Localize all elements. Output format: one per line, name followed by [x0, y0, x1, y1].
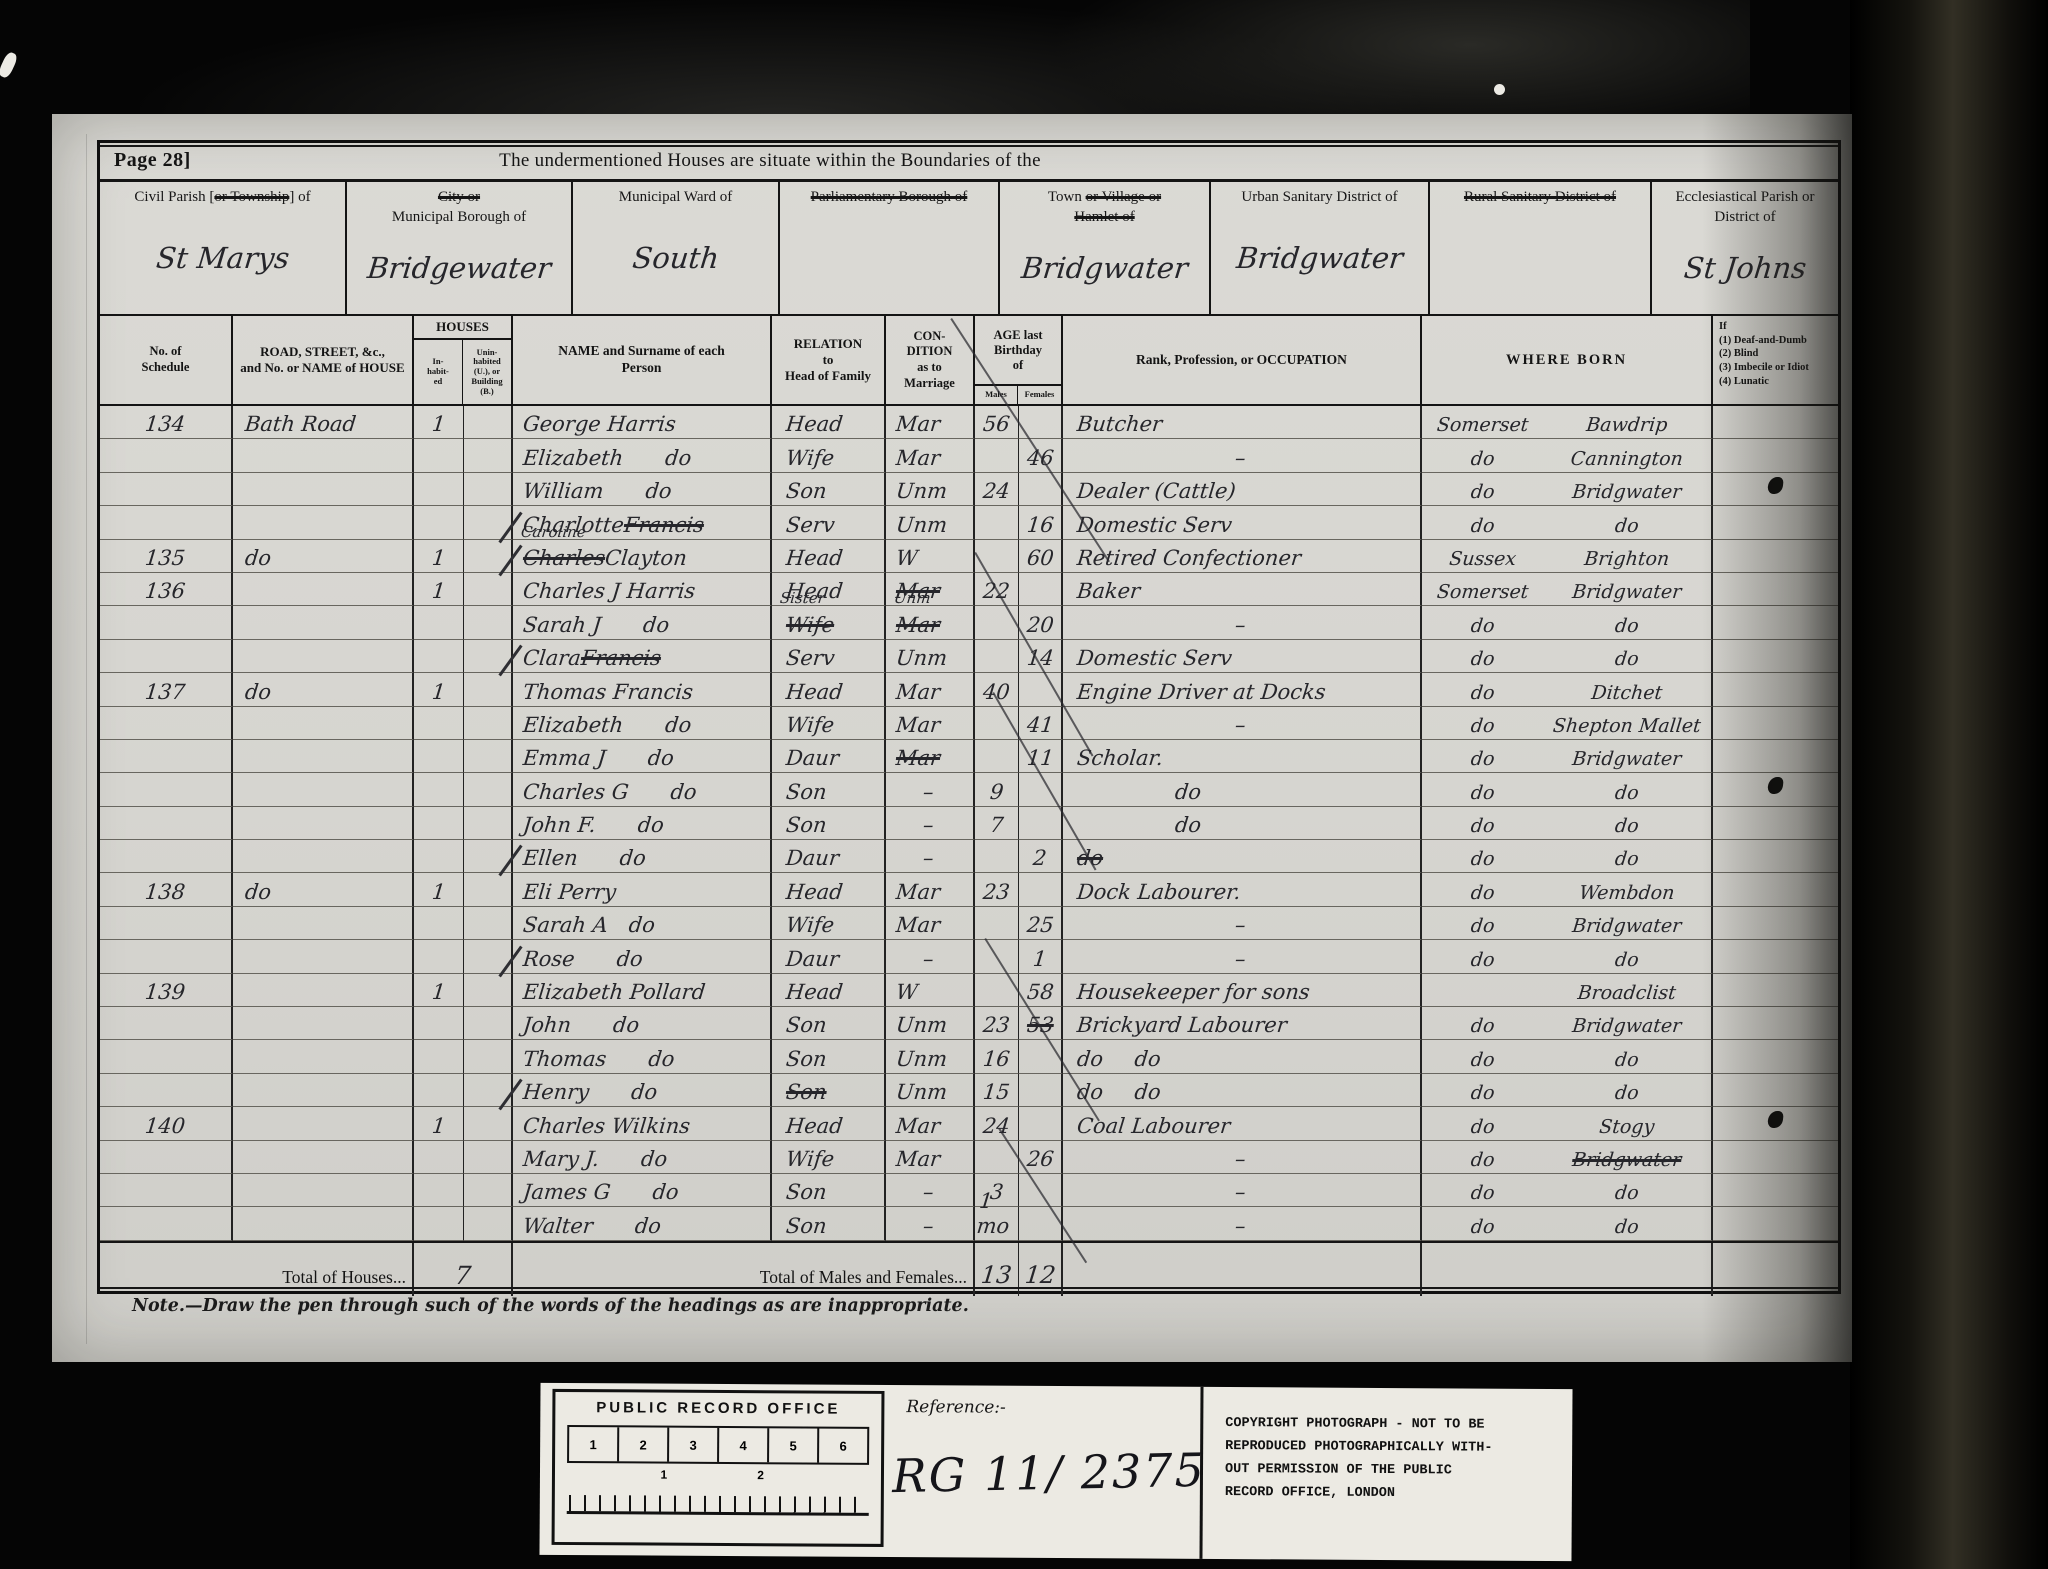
pro-stamp: PUBLIC RECORD OFFICE 123456 12	[552, 1389, 885, 1547]
cell-sched: 138	[100, 873, 233, 906]
cell-cond: Unm	[886, 1040, 975, 1073]
cell-inh: 1	[414, 406, 464, 439]
cell-road	[233, 840, 414, 873]
cell-infm	[1713, 807, 1838, 840]
ruler-scale-ticks: 12	[567, 1463, 869, 1516]
ruler-number: 2	[619, 1427, 669, 1461]
cell-born: doStogy	[1422, 1107, 1713, 1140]
cell-am	[975, 907, 1019, 940]
cell-uninh	[464, 473, 513, 506]
cell-occ: Dock Labourer.	[1063, 873, 1422, 906]
district-value	[1424, 208, 1655, 315]
ruler-number: 5	[769, 1428, 819, 1462]
ink-blob	[1767, 777, 1784, 794]
cell-am	[975, 1141, 1019, 1174]
cell-uninh	[464, 606, 513, 639]
cell-born: dodo	[1422, 1074, 1713, 1107]
cell-occ: Dealer (Cattle)	[1063, 473, 1422, 506]
cell-inh	[414, 640, 464, 673]
cell-born: dodo	[1422, 773, 1713, 806]
cell-born: doShepton Mallet	[1422, 707, 1713, 740]
totals-row: Total of Houses... 7 Total of Males and …	[100, 1241, 1838, 1296]
cell-infm	[1713, 707, 1838, 740]
cell-sched: 137	[100, 673, 233, 706]
cell-road: do	[233, 540, 414, 573]
cell-name: Emma J do	[513, 740, 772, 773]
cell-cond: Mar	[886, 740, 975, 773]
cell-cond: Unm	[886, 473, 975, 506]
total-females-value: 12	[1019, 1243, 1063, 1296]
cell-uninh	[464, 907, 513, 940]
cell-inh	[414, 940, 464, 973]
person-row: Emma J doDaurMar11Scholar.doBridgwater	[100, 740, 1838, 773]
cell-infm	[1713, 640, 1838, 673]
cell-cond: –	[886, 1174, 975, 1207]
cell-uninh	[464, 740, 513, 773]
cell-occ: do do	[1063, 1074, 1422, 1107]
person-row: 135do1CarolineCharles ClaytonHeadW60Reti…	[100, 540, 1838, 573]
cell-uninh	[464, 773, 513, 806]
cell-occ: Scholar.	[1063, 740, 1422, 773]
district-label: Rural Sanitary District of	[1430, 182, 1650, 208]
cell-road	[233, 740, 414, 773]
cell-road	[233, 707, 414, 740]
cell-rel: Wife	[772, 1141, 886, 1174]
person-row: Sarah A doWifeMar25–doBridgwater	[100, 907, 1838, 940]
cell-name: Charles Wilkins	[513, 1107, 772, 1140]
cell-af	[1019, 1074, 1063, 1107]
cell-occ: Domestic Serv	[1063, 506, 1422, 539]
cell-name: Sarah J do	[513, 606, 772, 639]
cell-inh: 1	[414, 573, 464, 606]
cell-name: Charles J Harris	[513, 573, 772, 606]
cell-inh: 1	[414, 540, 464, 573]
district-label: Parliamentary Borough of	[780, 182, 998, 208]
cell-cond: Unm	[886, 1007, 975, 1040]
cell-infm	[1713, 473, 1838, 506]
cell-af: 1	[1019, 940, 1063, 973]
cell-occ: –	[1063, 707, 1422, 740]
total-males-females-label: Total of Males and Females...	[513, 1243, 975, 1296]
cell-rel: Daur	[772, 740, 886, 773]
cell-cond: Mar	[886, 1107, 975, 1140]
cell-uninh	[464, 807, 513, 840]
cell-infm	[1713, 940, 1838, 973]
cell-infm	[1713, 573, 1838, 606]
cell-road: Bath Road	[233, 406, 414, 439]
cell-cond: Unm	[886, 1074, 975, 1107]
district-label: Ecclesiastical Parish or District of	[1652, 182, 1838, 227]
cell-road	[233, 439, 414, 472]
total-males-value: 13	[975, 1243, 1019, 1296]
cell-inh	[414, 473, 464, 506]
cell-born: doBridgwater	[1422, 740, 1713, 773]
col-header-females: Females	[1018, 386, 1061, 404]
totals-empty-cell	[1063, 1243, 1422, 1296]
totals-empty-cell	[1713, 1243, 1838, 1296]
cell-af	[1019, 573, 1063, 606]
cell-occ: –	[1063, 940, 1422, 973]
title-row: Page 28] The undermentioned Houses are s…	[100, 143, 1838, 182]
district-label: Town or Village orHamlet of	[1000, 182, 1209, 227]
cell-infm	[1713, 974, 1838, 1007]
person-row: John F. doSon–7dododo	[100, 807, 1838, 840]
cell-sched	[100, 1141, 233, 1174]
cell-af: 41	[1019, 707, 1063, 740]
col-header-infirmity: If (1) Deaf-and-Dumb (2) Blind (3) Imbec…	[1713, 316, 1838, 404]
person-row: Rose doDaur–1–dodo	[100, 940, 1838, 973]
cell-inh	[414, 1207, 464, 1240]
census-form: Page 28] The undermentioned Houses are s…	[97, 140, 1841, 1294]
cell-occ: –	[1063, 907, 1422, 940]
cell-infm	[1713, 673, 1838, 706]
cell-cond: Mar	[886, 439, 975, 472]
district-box-parliamentary-borough: Parliamentary Borough of	[780, 182, 1000, 314]
ruler-scale-inches: 123456	[567, 1425, 869, 1465]
cell-cond: –	[886, 840, 975, 873]
cell-infm	[1713, 740, 1838, 773]
cell-inh: 1	[414, 873, 464, 906]
cell-rel: Son	[772, 1207, 886, 1240]
dust-speck	[1494, 84, 1505, 95]
cell-road	[233, 807, 414, 840]
cell-road	[233, 1141, 414, 1174]
person-row: Elizabeth doWifeMar41–doShepton Mallet	[100, 707, 1838, 740]
cell-am: 1 mo	[975, 1207, 1019, 1240]
cell-am	[975, 506, 1019, 539]
cell-name: Charles G do	[513, 773, 772, 806]
person-row: Elizabeth doWifeMar46–doCannington	[100, 439, 1838, 472]
cell-inh	[414, 606, 464, 639]
person-row: William doSonUnm24Dealer (Cattle)doBridg…	[100, 473, 1838, 506]
cell-af	[1019, 1040, 1063, 1073]
cell-road	[233, 940, 414, 973]
cell-af	[1019, 873, 1063, 906]
cell-rel: Head	[772, 406, 886, 439]
table-rows: 134Bath Road1George HarrisHeadMar56Butch…	[100, 406, 1838, 1241]
cell-rel: Head	[772, 540, 886, 573]
cell-sched: 134	[100, 406, 233, 439]
cell-rel: Son	[772, 807, 886, 840]
cell-sched	[100, 1207, 233, 1240]
cell-cond: UnmMar	[886, 606, 975, 639]
cell-sched	[100, 740, 233, 773]
cell-af	[1019, 1107, 1063, 1140]
cell-born: doWembdon	[1422, 873, 1713, 906]
cell-infm	[1713, 840, 1838, 873]
col-header-condition: CON- DITION as to Marriage	[886, 316, 975, 404]
cell-sched: 136	[100, 573, 233, 606]
cell-road	[233, 974, 414, 1007]
cell-name: Thomas Francis	[513, 673, 772, 706]
cell-name: Mary J. do	[513, 1141, 772, 1174]
cell-uninh	[464, 1107, 513, 1140]
cell-born: doBridgwater	[1422, 1141, 1713, 1174]
cell-occ: do	[1063, 773, 1422, 806]
cell-name: Elizabeth do	[513, 439, 772, 472]
cell-infm	[1713, 1107, 1838, 1140]
district-label: Civil Parish [or Township] of	[100, 182, 345, 208]
district-value: South	[567, 208, 783, 315]
person-row: Clara FrancisServUnm14Domestic Servdodo	[100, 640, 1838, 673]
cell-born: dodo	[1422, 606, 1713, 639]
cell-occ: Coal Labourer	[1063, 1107, 1422, 1140]
cell-infm	[1713, 773, 1838, 806]
cell-name: James G do	[513, 1174, 772, 1207]
cell-sched	[100, 1074, 233, 1107]
col-header-where-born: WHERE BORN	[1422, 316, 1713, 404]
cell-am: 9	[975, 773, 1019, 806]
photo-edge-band	[1850, 0, 2048, 1569]
cell-born: doDitchet	[1422, 673, 1713, 706]
ruler-number: 1	[661, 1468, 668, 1482]
cell-am	[975, 740, 1019, 773]
cell-inh	[414, 740, 464, 773]
cell-name: Sarah A do	[513, 907, 772, 940]
cell-rel: Daur	[772, 840, 886, 873]
cell-infm	[1713, 439, 1838, 472]
cell-sched	[100, 907, 233, 940]
cell-born: Broadclist	[1422, 974, 1713, 1007]
cell-born: doBridgwater	[1422, 1007, 1713, 1040]
col-header-road: ROAD, STREET, &c., and No. or NAME of HO…	[233, 316, 414, 404]
cell-sched	[100, 1007, 233, 1040]
cell-inh	[414, 840, 464, 873]
cell-born: doBridgwater	[1422, 473, 1713, 506]
cell-born: dodo	[1422, 1040, 1713, 1073]
cell-sched	[100, 506, 233, 539]
cell-occ: do	[1063, 840, 1422, 873]
cell-am	[975, 540, 1019, 573]
cell-uninh	[464, 573, 513, 606]
cell-road	[233, 473, 414, 506]
cell-sched	[100, 940, 233, 973]
cell-road	[233, 506, 414, 539]
person-row: Mary J. doWifeMar26–doBridgwater	[100, 1141, 1838, 1174]
cell-road	[233, 573, 414, 606]
census-page: Page 28] The undermentioned Houses are s…	[52, 114, 1852, 1362]
person-row: Thomas doSonUnm16do dododo	[100, 1040, 1838, 1073]
cell-am: 24	[975, 1107, 1019, 1140]
cell-sched: 139	[100, 974, 233, 1007]
ruler-number: 4	[719, 1428, 769, 1462]
pro-title: PUBLIC RECORD OFFICE	[555, 1399, 881, 1418]
cell-inh	[414, 1074, 464, 1107]
cell-occ: –	[1063, 439, 1422, 472]
cell-occ: Butcher	[1063, 406, 1422, 439]
cell-born: dodo	[1422, 940, 1713, 973]
cell-name: William do	[513, 473, 772, 506]
cell-occ: Engine Driver at Docks	[1063, 673, 1422, 706]
cell-rel: Head	[772, 873, 886, 906]
cell-af	[1019, 1207, 1063, 1240]
cell-uninh	[464, 707, 513, 740]
cell-road	[233, 907, 414, 940]
district-box-ecclesiastical-parish: Ecclesiastical Parish or District ofSt J…	[1652, 182, 1838, 314]
district-box-rural-sanitary-district: Rural Sanitary District of	[1430, 182, 1652, 314]
cell-occ: do	[1063, 807, 1422, 840]
cell-sched	[100, 606, 233, 639]
cell-occ: do do	[1063, 1040, 1422, 1073]
cell-rel: Head	[772, 974, 886, 1007]
col-header-inhabited: In- habit- ed	[414, 340, 463, 404]
cell-af: 53	[1019, 1007, 1063, 1040]
cell-rel: Wife	[772, 707, 886, 740]
col-header-name: NAME and Surname of each Person	[513, 316, 772, 404]
cell-af: 25	[1019, 907, 1063, 940]
cell-cond: Unm	[886, 640, 975, 673]
cell-am: 15	[975, 1074, 1019, 1107]
cell-rel: Son	[772, 473, 886, 506]
cell-inh	[414, 707, 464, 740]
person-row: Ellen doDaur–2dododo	[100, 840, 1838, 873]
cell-sched	[100, 773, 233, 806]
cell-cond: –	[886, 1207, 975, 1240]
totals-empty-cell	[1422, 1243, 1713, 1296]
cell-cond: Unm	[886, 506, 975, 539]
col-header-relation: RELATION to Head of Family	[772, 316, 886, 404]
cell-sched	[100, 807, 233, 840]
cell-cond: –	[886, 807, 975, 840]
cell-uninh	[464, 439, 513, 472]
cell-infm	[1713, 606, 1838, 639]
cell-name: George Harris	[513, 406, 772, 439]
cell-cond: Mar	[886, 406, 975, 439]
district-label: Municipal Ward of	[573, 182, 778, 208]
paper-fold-line	[86, 134, 87, 1344]
cell-road	[233, 1207, 414, 1240]
col-header-age-group: AGE last Birthday of Males Females	[975, 316, 1063, 404]
cell-born: SomersetBawdrip	[1422, 406, 1713, 439]
cell-born: SussexBrighton	[1422, 540, 1713, 573]
cell-born: dodo	[1422, 1207, 1713, 1240]
cell-infm	[1713, 1174, 1838, 1207]
cell-uninh	[464, 673, 513, 706]
cell-uninh	[464, 1174, 513, 1207]
cell-inh: 1	[414, 673, 464, 706]
ruler-number: 2	[757, 1468, 764, 1482]
district-value: St Marys	[94, 208, 350, 315]
cell-rel: SisterWife	[772, 606, 886, 639]
cell-road	[233, 1107, 414, 1140]
cell-uninh	[464, 974, 513, 1007]
district-value: Bridgwater	[1205, 208, 1433, 315]
reference-label: Reference:-	[906, 1397, 1006, 1418]
cell-born: dodo	[1422, 506, 1713, 539]
cell-cond: Mar	[886, 873, 975, 906]
cell-inh	[414, 506, 464, 539]
cell-am: 23	[975, 873, 1019, 906]
copyright-stamp: COPYRIGHT PHOTOGRAPH - NOT TO BE REPRODU…	[1199, 1387, 1572, 1561]
cell-sched: 140	[100, 1107, 233, 1140]
cell-road	[233, 1007, 414, 1040]
cell-infm	[1713, 1074, 1838, 1107]
cell-name: John F. do	[513, 807, 772, 840]
cell-rel: Wife	[772, 907, 886, 940]
cell-cond: Mar	[886, 907, 975, 940]
cell-sched	[100, 1040, 233, 1073]
cell-af: 60	[1019, 540, 1063, 573]
cell-road	[233, 1174, 414, 1207]
cell-rel: Serv	[772, 506, 886, 539]
total-houses-value: 7	[414, 1243, 513, 1296]
district-value: Bridgwater	[995, 227, 1213, 314]
cell-occ: Housekeeper for sons	[1063, 974, 1422, 1007]
cell-name: Elizabeth Pollard	[513, 974, 772, 1007]
cell-inh	[414, 1040, 464, 1073]
cell-af	[1019, 673, 1063, 706]
district-box-town: Town or Village orHamlet ofBridgwater	[1000, 182, 1211, 314]
cell-rel: Wife	[772, 439, 886, 472]
cell-am	[975, 439, 1019, 472]
dust-speck	[0, 51, 19, 80]
cell-cond: W	[886, 540, 975, 573]
cell-inh	[414, 1007, 464, 1040]
cell-af: 20	[1019, 606, 1063, 639]
cell-inh	[414, 807, 464, 840]
cell-inh	[414, 439, 464, 472]
person-row: James G doSon–3–dodo	[100, 1174, 1838, 1207]
cell-born: dodo	[1422, 807, 1713, 840]
person-row: Walter doSon–1 mo–dodo	[100, 1207, 1838, 1240]
cell-inh	[414, 1141, 464, 1174]
cell-am	[975, 974, 1019, 1007]
person-row: Charlotte FrancisServUnm16Domestic Servd…	[100, 506, 1838, 539]
cell-am: 23	[975, 1007, 1019, 1040]
district-label: City orMunicipal Borough of	[347, 182, 571, 227]
person-row: 138do1Eli PerryHeadMar23Dock Labourer.do…	[100, 873, 1838, 906]
cell-af: 11	[1019, 740, 1063, 773]
cell-sched: 135	[100, 540, 233, 573]
cell-sched	[100, 840, 233, 873]
person-row: Charles G doSon–9dododo	[100, 773, 1838, 806]
cell-occ: Retired Confectioner	[1063, 540, 1422, 573]
col-header-houses: HOUSES	[414, 316, 511, 340]
cell-am: 24	[975, 473, 1019, 506]
cell-rel: Son	[772, 773, 886, 806]
cell-af: 2	[1019, 840, 1063, 873]
person-row: 134Bath Road1George HarrisHeadMar56Butch…	[100, 406, 1838, 439]
person-row: 137do1Thomas FrancisHeadMar40Engine Driv…	[100, 673, 1838, 706]
cell-inh	[414, 907, 464, 940]
table-header: No. of Schedule ROAD, STREET, &c., and N…	[100, 316, 1838, 406]
ink-blob	[1767, 1111, 1784, 1128]
district-label: Urban Sanitary District of	[1211, 182, 1428, 208]
cell-cond: –	[886, 940, 975, 973]
cell-infm	[1713, 907, 1838, 940]
cell-road	[233, 1040, 414, 1073]
cell-cond: W	[886, 974, 975, 1007]
cell-born: dodo	[1422, 840, 1713, 873]
person-row: 1391Elizabeth PollardHeadW58Housekeeper …	[100, 974, 1838, 1007]
total-houses-label: Total of Houses...	[100, 1243, 414, 1296]
cell-road	[233, 606, 414, 639]
cell-name: Walter do	[513, 1207, 772, 1240]
col-header-occupation: Rank, Profession, or OCCUPATION	[1063, 316, 1422, 404]
cell-inh: 1	[414, 1107, 464, 1140]
cell-cond: Mar	[886, 1141, 975, 1174]
cell-cond: –	[886, 773, 975, 806]
cell-occ: Domestic Serv	[1063, 640, 1422, 673]
cell-uninh	[464, 406, 513, 439]
cell-name: John do	[513, 1007, 772, 1040]
cell-sched	[100, 439, 233, 472]
cell-name: Clara Francis	[513, 640, 772, 673]
cell-occ: Baker	[1063, 573, 1422, 606]
reference-value: RG 11/ 2375	[891, 1443, 1206, 1503]
cell-rel: Serv	[772, 640, 886, 673]
cell-infm	[1713, 1141, 1838, 1174]
